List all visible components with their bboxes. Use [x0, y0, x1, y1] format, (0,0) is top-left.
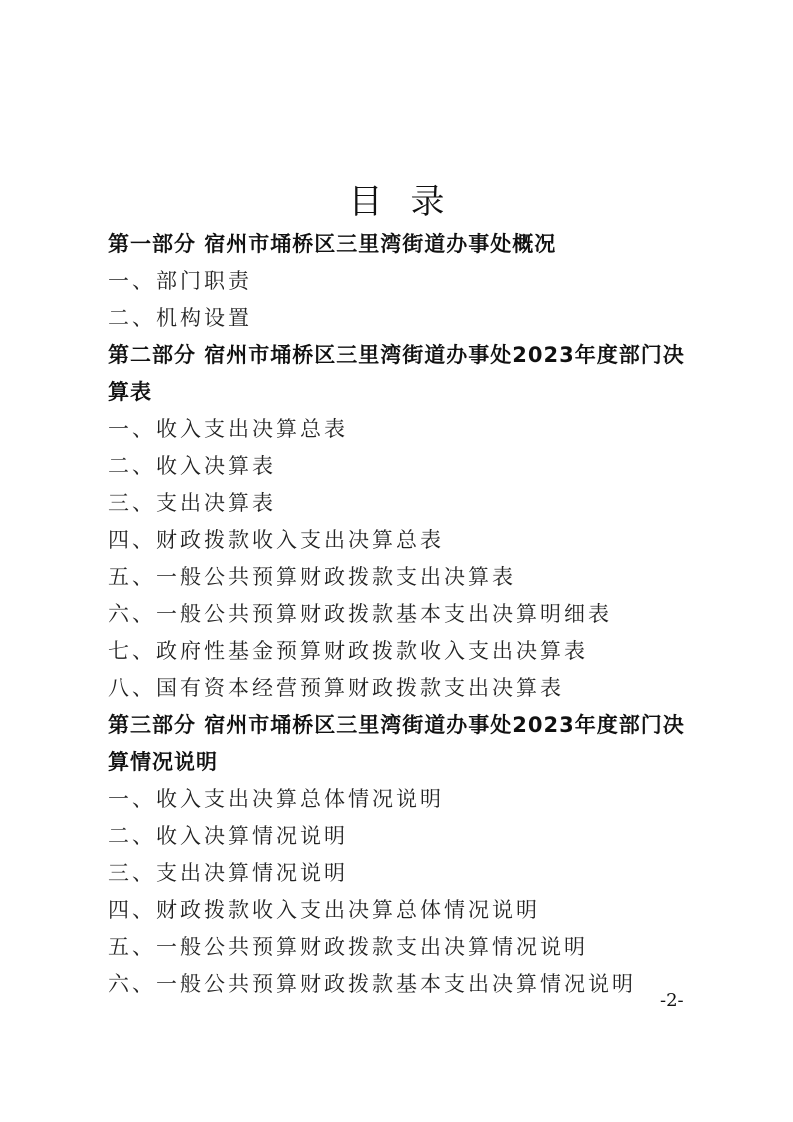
toc-item[interactable]: 五、一般公共预算财政拨款支出决算表 — [108, 559, 698, 596]
toc-item[interactable]: 二、收入决算情况说明 — [108, 818, 698, 855]
table-of-contents: 第一部分 宿州市埇桥区三里湾街道办事处概况 一、部门职责 二、机构设置 第二部分… — [108, 226, 698, 1003]
toc-item[interactable]: 五、一般公共预算财政拨款支出决算情况说明 — [108, 929, 698, 966]
toc-item[interactable]: 一、部门职责 — [108, 263, 698, 300]
toc-item[interactable]: 四、财政拨款收入支出决算总表 — [108, 522, 698, 559]
toc-item[interactable]: 三、支出决算情况说明 — [108, 855, 698, 892]
page-number: -2- — [660, 990, 684, 1011]
toc-part-1-heading[interactable]: 第一部分 宿州市埇桥区三里湾街道办事处概况 — [108, 226, 698, 263]
toc-part-3-heading[interactable]: 第三部分 宿州市埇桥区三里湾街道办事处2023年度部门决算情况说明 — [108, 707, 698, 781]
toc-item[interactable]: 二、机构设置 — [108, 300, 698, 337]
toc-item[interactable]: 一、收入支出决算总表 — [108, 411, 698, 448]
toc-item[interactable]: 六、一般公共预算财政拨款基本支出决算情况说明 — [108, 966, 698, 1003]
toc-item[interactable]: 八、国有资本经营预算财政拨款支出决算表 — [108, 670, 698, 707]
toc-item[interactable]: 二、收入决算表 — [108, 448, 698, 485]
toc-item[interactable]: 三、支出决算表 — [108, 485, 698, 522]
page-title: 目录 — [0, 180, 793, 224]
toc-part-2-heading[interactable]: 第二部分 宿州市埇桥区三里湾街道办事处2023年度部门决算表 — [108, 337, 698, 411]
toc-item[interactable]: 七、政府性基金预算财政拨款收入支出决算表 — [108, 633, 698, 670]
toc-item[interactable]: 一、收入支出决算总体情况说明 — [108, 781, 698, 818]
toc-item[interactable]: 六、一般公共预算财政拨款基本支出决算明细表 — [108, 596, 698, 633]
toc-item[interactable]: 四、财政拨款收入支出决算总体情况说明 — [108, 892, 698, 929]
